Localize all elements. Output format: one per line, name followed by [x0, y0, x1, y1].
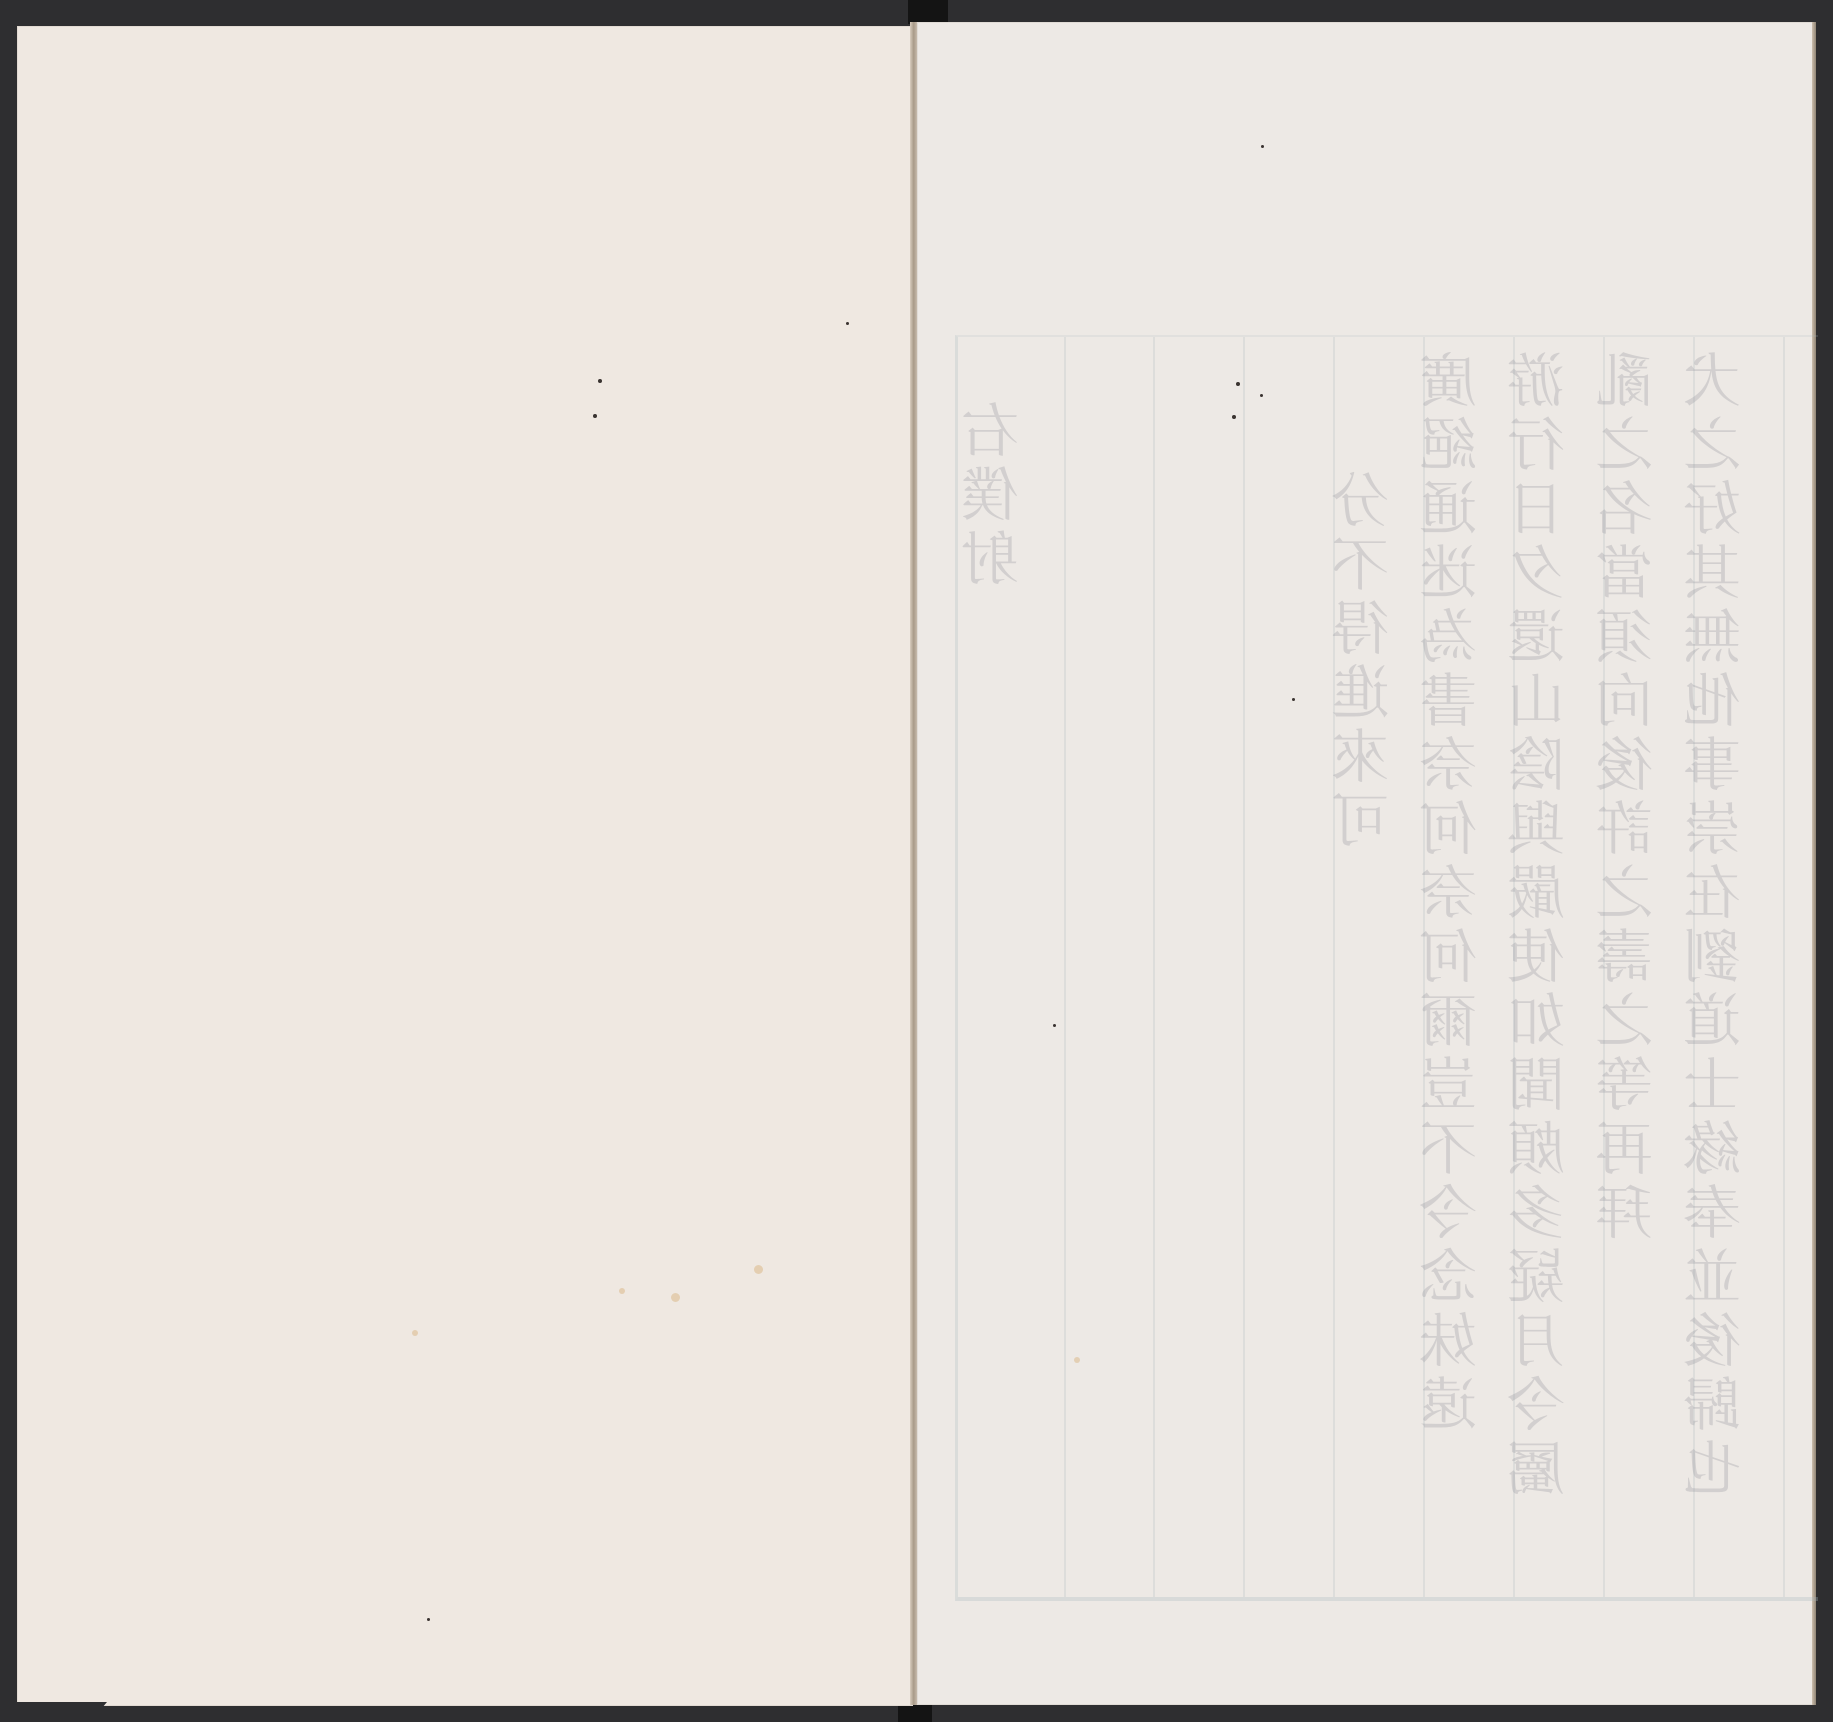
paper-speck: [846, 322, 849, 325]
bleed-text-column: 廣絕通迷為書奈何奈何爾豈不令念妹遠: [1424, 350, 1482, 1438]
left-page: [17, 26, 913, 1706]
bleed-text-column: 右僕射: [966, 400, 1024, 592]
bleed-text-column: 亂之名當須向後許之壽之等再拜: [1600, 350, 1658, 1246]
column-rule: [1153, 337, 1155, 1597]
foxing-stain: [754, 1265, 763, 1274]
bleed-text-column: 游行日夕還山陰與嚴使如聞頗多疑月令屬: [1512, 350, 1570, 1502]
foxing-stain: [619, 1288, 625, 1294]
column-rule: [1064, 337, 1066, 1597]
bleed-text-column: 分不得進來可: [1336, 470, 1394, 854]
paper-speck: [593, 414, 597, 418]
column-rule: [1243, 337, 1245, 1597]
foxing-stain: [412, 1330, 418, 1336]
scanner-top-clip: [908, 0, 948, 24]
foxing-stain: [671, 1293, 680, 1302]
paper-speck: [1261, 145, 1264, 148]
column-rule: [1783, 337, 1785, 1597]
paper-speck: [598, 379, 602, 383]
bleed-text-column: 犬之好其無他事崇在劉道士緣奉並後歸也: [1688, 350, 1746, 1502]
paper-speck: [427, 1618, 430, 1621]
